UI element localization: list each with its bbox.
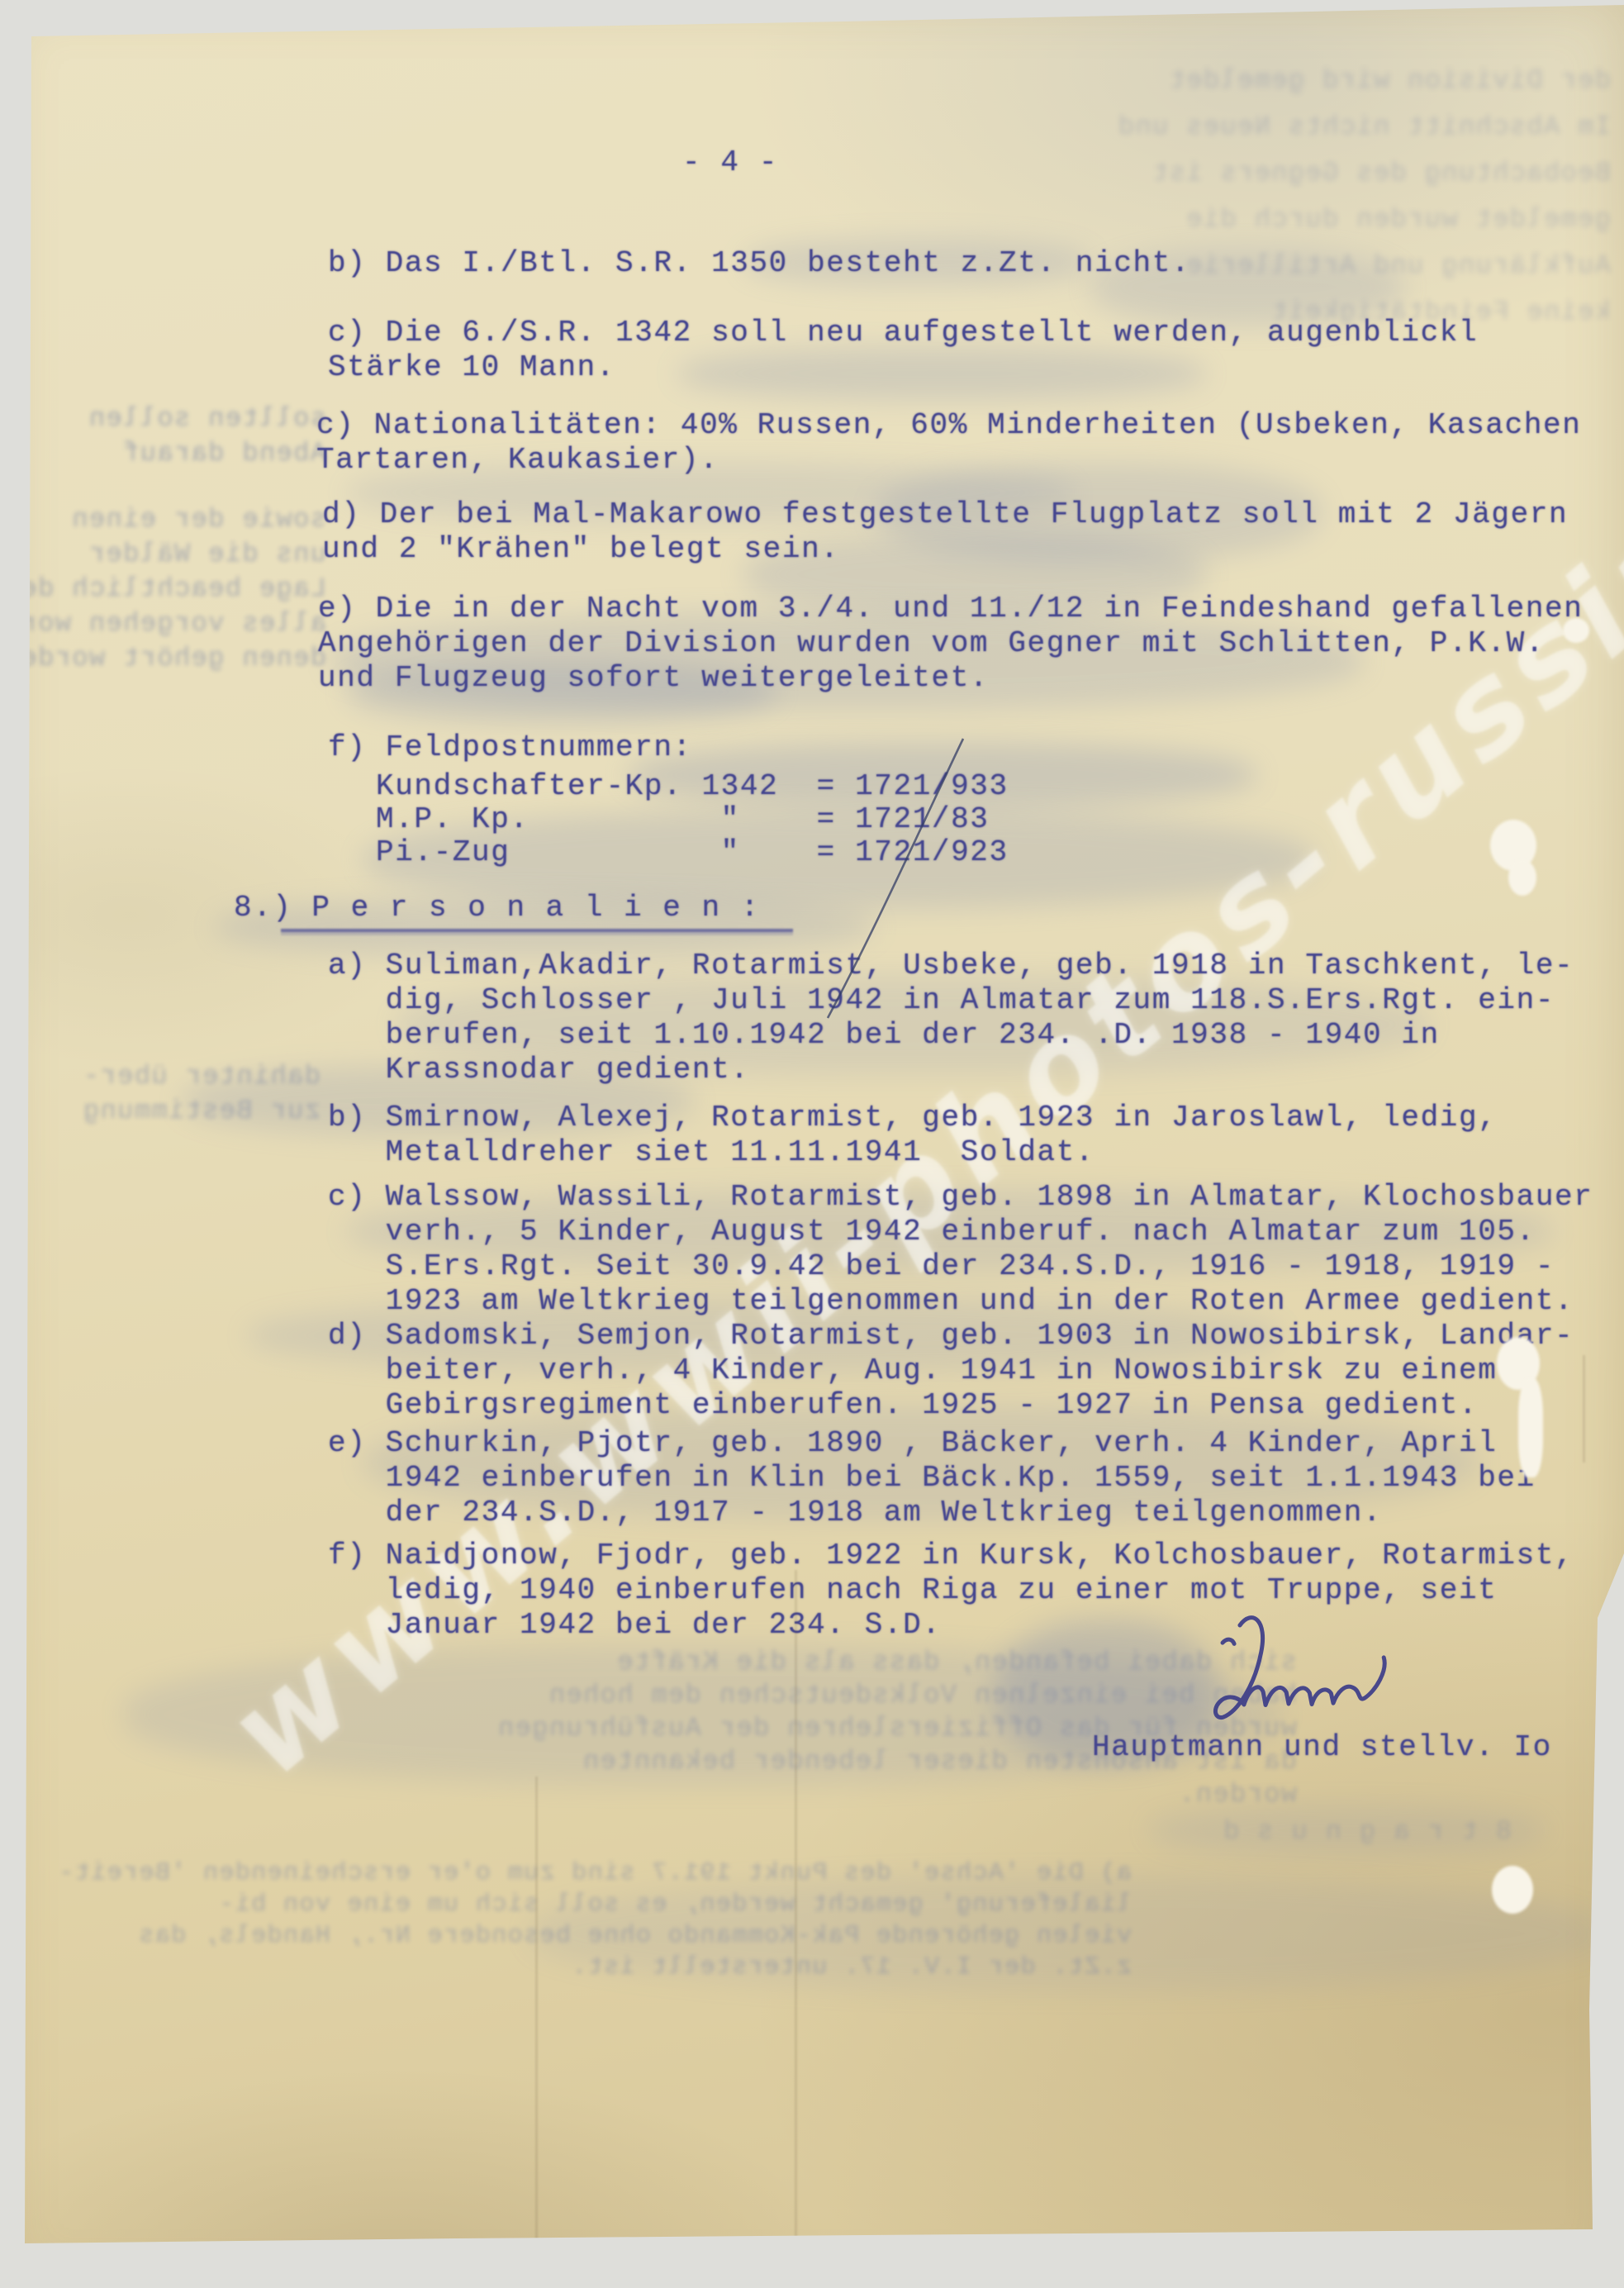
paragraph-f-heading: f) Feldpostnummern:: [328, 730, 692, 765]
paper-crease: [795, 1570, 797, 2248]
page-number: - 4 -: [682, 145, 778, 180]
paragraph-c2: c) Nationalitäten: 40% Russen, 60% Minde…: [316, 408, 1581, 478]
personnel-entry-b: b) Smirnow, Alexej, Rotarmist, geb. 1923…: [328, 1101, 1497, 1170]
paper-sheet: der Division wird gemeldet Im Abschnitt …: [0, 0, 1624, 2288]
heading-underline: [281, 929, 793, 932]
pen-stroke: [810, 727, 983, 1033]
scanned-document-page: der Division wird gemeldet Im Abschnitt …: [0, 0, 1624, 2288]
hole-punch: [1492, 1866, 1533, 1914]
paragraph-c1: c) Die 6./S.R. 1342 soll neu aufgestellt…: [328, 316, 1478, 385]
bleedthrough-text: sowie der einen uns die Wälder Lage beac…: [37, 502, 326, 676]
signature-title-line: Hauptmann und stellv. Io: [1092, 1730, 1552, 1765]
paper-crease: [1583, 1355, 1585, 1463]
section-heading-personalien: 8.) P e r s o n a l i e n :: [234, 891, 760, 925]
paragraph-b: b) Das I./Btl. S.R. 1350 besteht z.Zt. n…: [328, 246, 1190, 281]
paper-crease: [535, 1777, 538, 2248]
paragraph-e: e) Die in der Nacht vom 3./4. und 11./12…: [318, 592, 1583, 696]
ink-smudge: [1148, 1805, 1545, 1855]
personnel-entry-d: d) Sadomski, Semjon, Rotarmist, geb. 190…: [328, 1319, 1574, 1423]
paper-nick: [1563, 618, 1589, 643]
ink-smudge: [529, 1876, 1603, 1991]
personnel-entry-c: c) Walssow, Wassili, Rotarmist, geb. 189…: [328, 1180, 1593, 1319]
personnel-entry-e: e) Schurkin, Pjotr, geb. 1890 , Bäcker, …: [328, 1426, 1536, 1530]
bleedthrough-text: sollten sollen Abend darauf: [41, 402, 326, 471]
hole-punch: [1518, 1378, 1543, 1477]
hole-punch: [1508, 859, 1536, 896]
signature-handwritten: [1160, 1593, 1480, 1750]
paragraph-d: d) Der bei Mal-Makarowo festgestellte Fl…: [322, 497, 1568, 567]
